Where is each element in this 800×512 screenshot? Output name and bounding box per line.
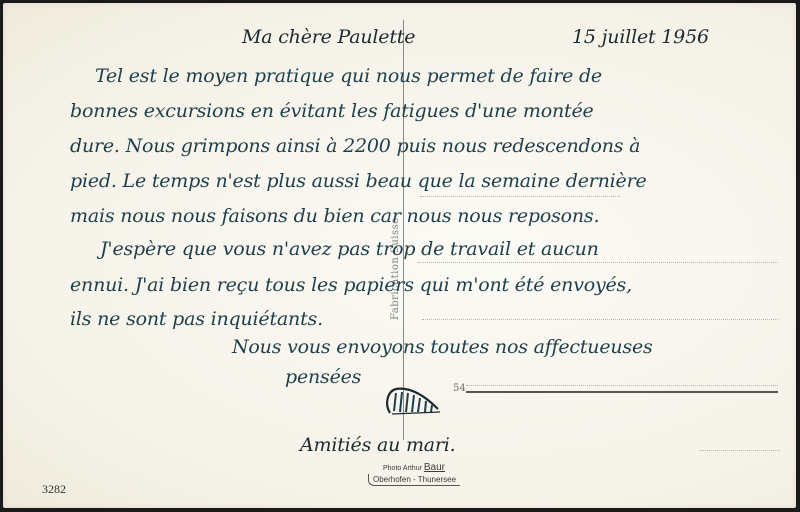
photo-credit-line-1: Photo Arthur Baur [368,462,460,474]
address-line-solid [466,391,778,393]
message-line-5: mais nous nous faisons du bien car nous … [70,205,599,227]
message-line-10: pensées [285,366,361,388]
address-line-3 [422,319,778,320]
photo-credit: Photo Arthur Baur Oberhofen - Thunersee [368,462,460,486]
date: 15 juillet 1956 [572,26,709,48]
message-line-7: ennui. J'ai bien reçu tous les papiers q… [70,274,632,296]
photo-credit-name: Baur [424,462,445,473]
address-line-2 [418,262,778,263]
message-line-1: Tel est le moyen pratique qui nous perme… [95,65,602,87]
message-line-8: ils ne sont pas inquiétants. [70,308,323,330]
address-line-1 [420,196,620,197]
photo-credit-place: Oberhofen - Thunersee [368,474,460,486]
address-line-4 [466,385,778,386]
address-line-5 [700,450,780,451]
message-line-9: Nous vous envoyons toutes nos affectueus… [232,336,653,358]
closing: Amitiés au mari. [300,434,456,456]
signature-scribble [382,383,446,417]
fabrication-suisse-print: Fabrication Suisse [390,217,401,320]
photo-credit-prefix: Photo Arthur [383,465,422,472]
message-line-3: dure. Nous grimpons ainsi à 2200 puis no… [70,135,640,157]
catalog-number: 3282 [42,482,66,497]
line-number-label: 54 [453,383,466,394]
greeting: Ma chère Paulette [242,26,415,48]
message-line-2: bonnes excursions en évitant les fatigue… [70,100,594,122]
message-line-6: J'espère que vous n'avez pas trop de tra… [100,238,599,260]
message-line-4: pied. Le temps n'est plus aussi beau que… [70,170,647,192]
